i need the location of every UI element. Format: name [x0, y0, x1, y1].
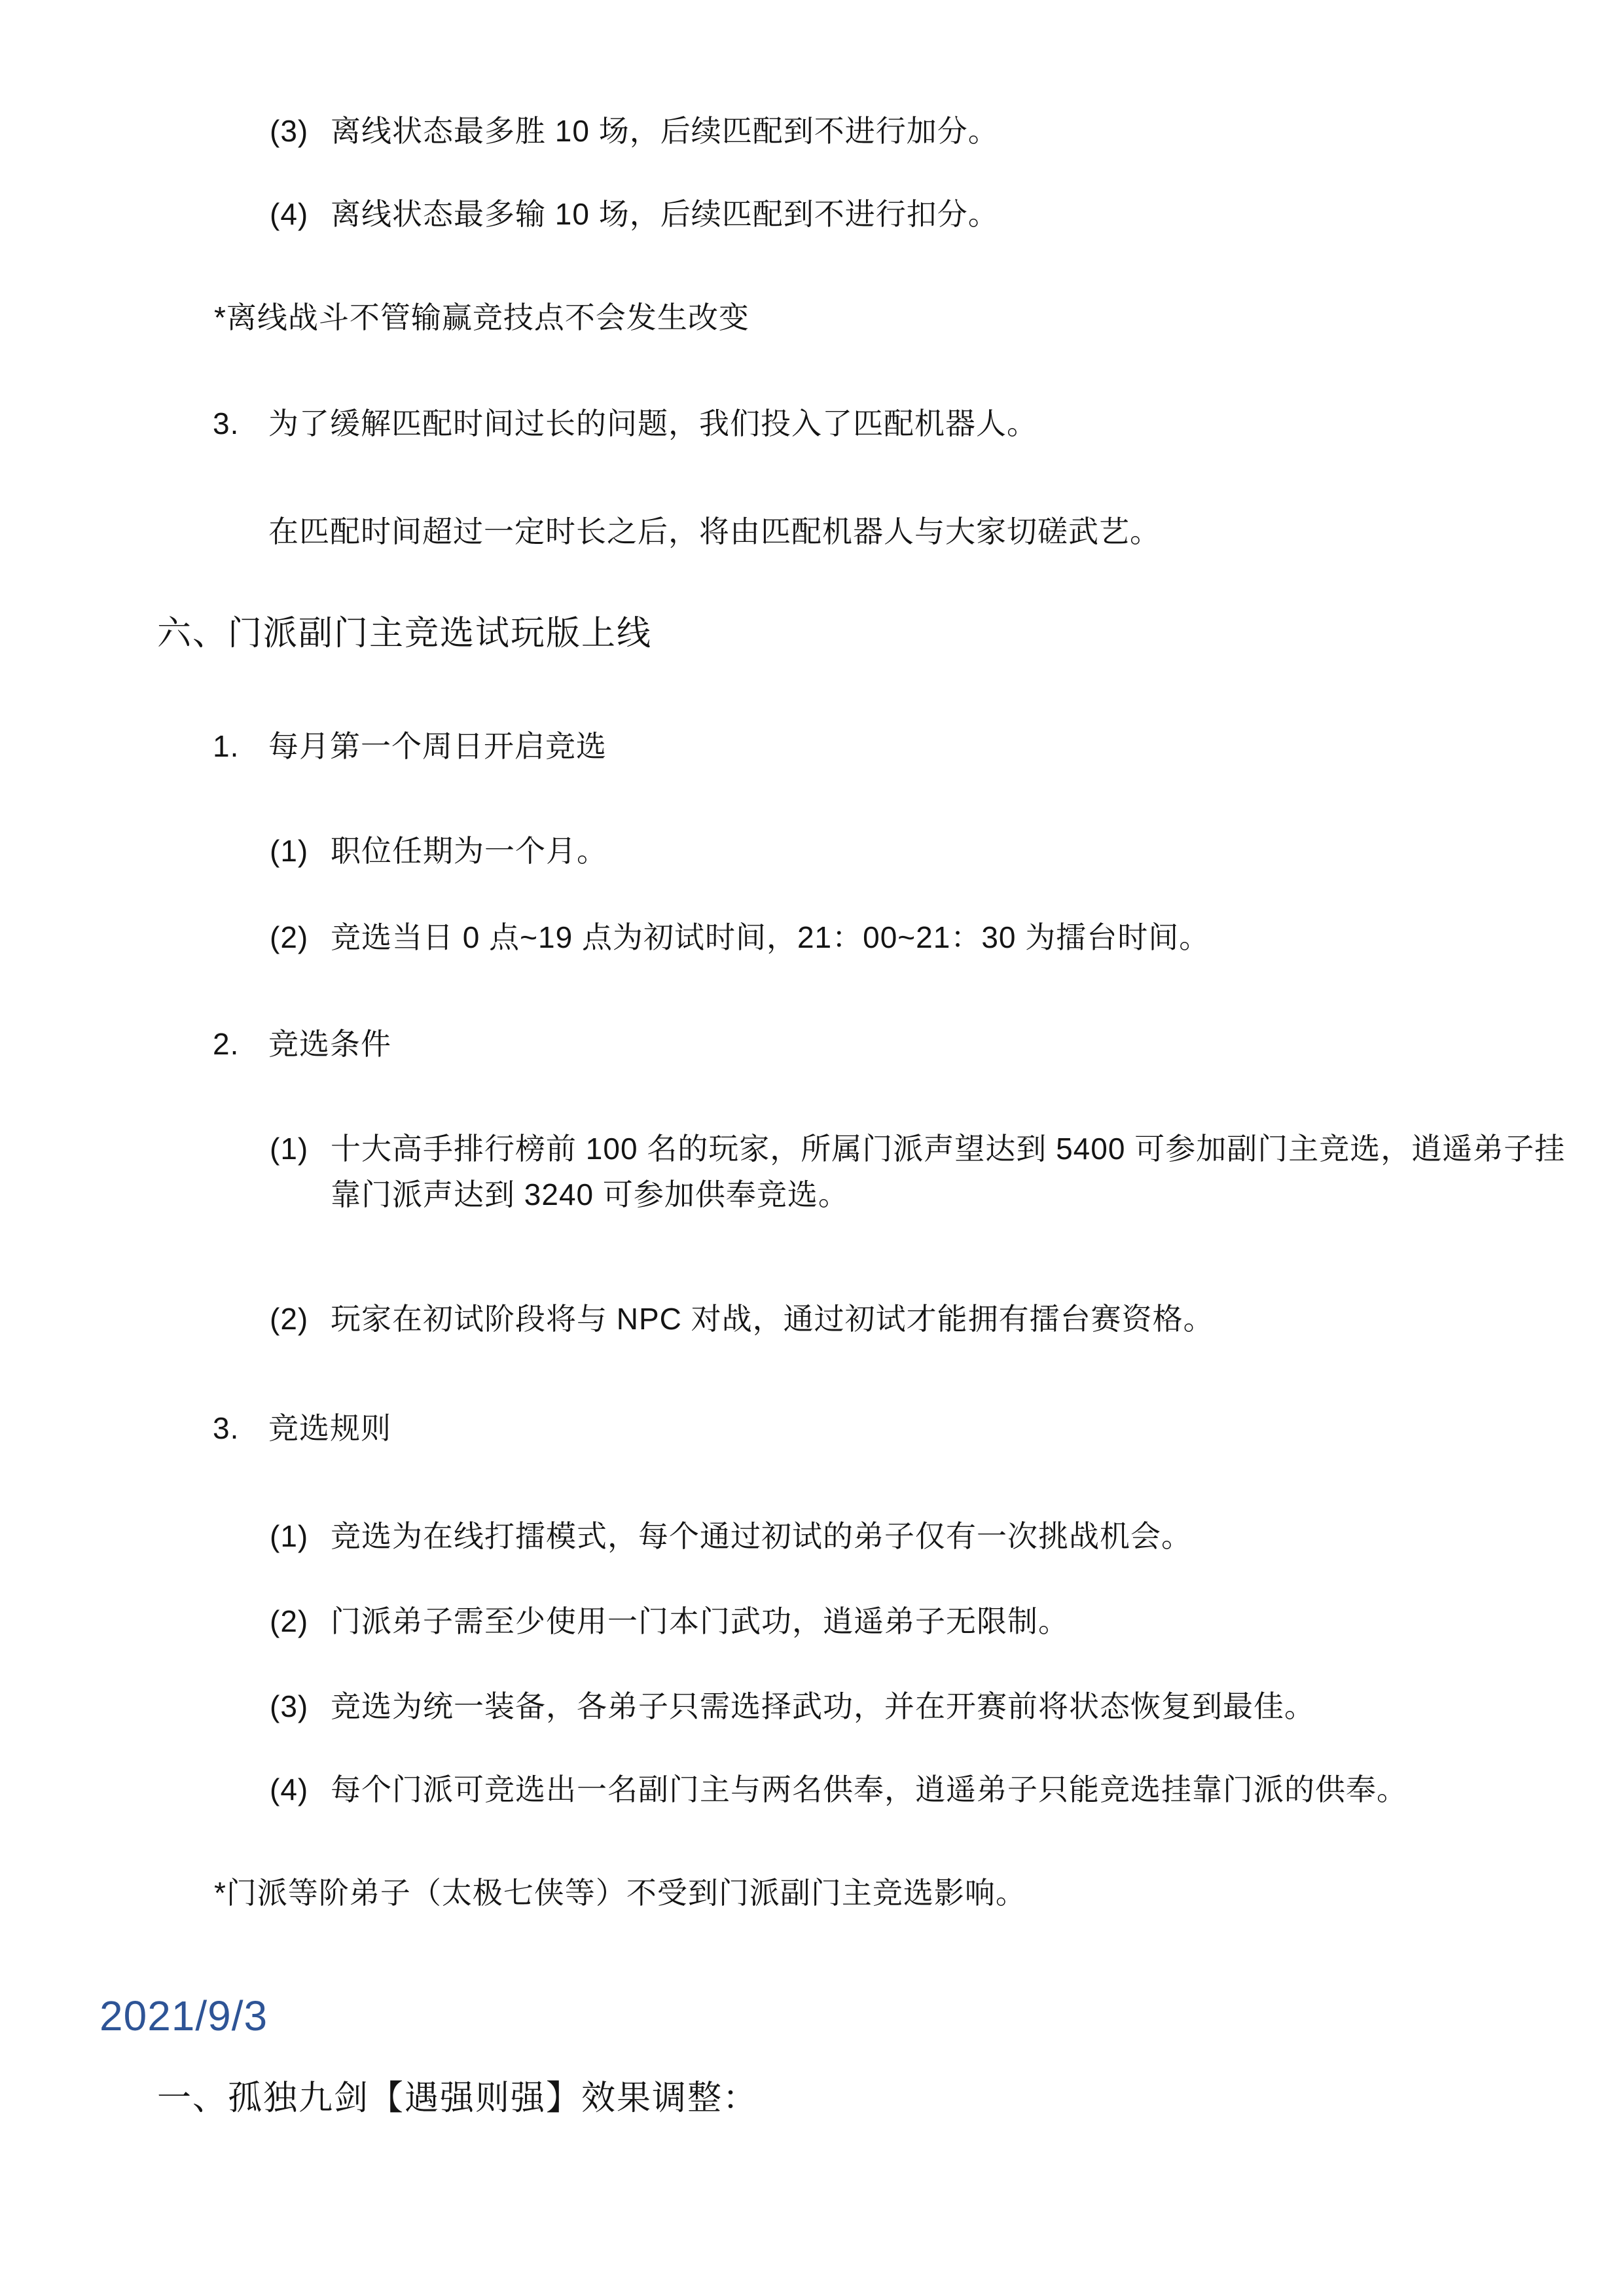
list-marker: (2) — [270, 1598, 308, 1644]
note-text: *离线战斗不管输赢竞技点不会发生改变 — [214, 300, 749, 334]
list-item-paren: (3)竞选为统一装备，各弟子只需选择武功，并在开赛前将状态恢复到最佳。 — [331, 1683, 1315, 1729]
list-item-number: 2.竞选条件 — [268, 1021, 391, 1067]
list-item-text-line2: 靠门派声达到 3240 可参加供奉竞选。 — [331, 1172, 1476, 1217]
list-marker: (1) — [270, 1513, 308, 1559]
list-item-paren: (2)竞选当日 0 点~19 点为初试时间，21：00~21：30 为擂台时间。 — [331, 914, 1210, 960]
list-item-text: 每个门派可竞选出一名副门主与两名供奉，逍遥弟子只能竞选挂靠门派的供奉。 — [331, 1772, 1407, 1806]
list-item-text-line1: 十大高手排行榜前 100 名的玩家，所属门派声望达到 5400 可参加副门主竞选… — [331, 1126, 1476, 1172]
list-item-text: 离线状态最多输 10 场，后续匹配到不进行扣分。 — [331, 197, 999, 231]
date-heading-text: 2021/9/3 — [99, 1992, 268, 2039]
note-line: *门派等阶弟子（太极七侠等）不受到门派副门主竞选影响。 — [214, 1870, 1026, 1916]
list-marker: (3) — [270, 108, 308, 154]
list-item-text: 职位任期为一个月。 — [331, 834, 607, 868]
section-heading: 一、孤独九剑【遇强则强】效果调整： — [157, 2075, 758, 2122]
body-text: 在匹配时间超过一定时长之后，将由匹配机器人与大家切磋武艺。 — [268, 514, 1161, 548]
list-marker: 3. — [213, 1405, 239, 1451]
list-marker: (2) — [270, 1296, 308, 1342]
list-marker: (3) — [270, 1683, 308, 1729]
list-item-text: 竞选当日 0 点~19 点为初试时间，21：00~21：30 为擂台时间。 — [331, 920, 1210, 954]
list-marker: 1. — [213, 723, 239, 769]
list-item-number: 3.竞选规则 — [268, 1405, 391, 1451]
note-line: *离线战斗不管输赢竞技点不会发生改变 — [214, 295, 749, 340]
list-marker: (4) — [270, 191, 308, 237]
list-item-paren: (4)离线状态最多输 10 场，后续匹配到不进行扣分。 — [331, 191, 999, 237]
list-item-number: 1.每月第一个周日开启竞选 — [268, 723, 607, 769]
list-item-text: 门派弟子需至少使用一门本门武功，逍遥弟子无限制。 — [331, 1604, 1069, 1638]
body-paragraph: 在匹配时间超过一定时长之后，将由匹配机器人与大家切磋武艺。 — [268, 509, 1161, 554]
list-item-text: 竞选条件 — [268, 1027, 391, 1061]
list-item-text: 每月第一个周日开启竞选 — [268, 729, 607, 763]
list-item-paren: (1)十大高手排行榜前 100 名的玩家，所属门派声望达到 5400 可参加副门… — [331, 1126, 1476, 1217]
document-page: (3)离线状态最多胜 10 场，后续匹配到不进行加分。 (4)离线状态最多输 1… — [0, 0, 1624, 2296]
list-item-paren: (2)门派弟子需至少使用一门本门武功，逍遥弟子无限制。 — [331, 1598, 1069, 1644]
list-marker: (2) — [270, 914, 308, 960]
list-item-paren: (1)职位任期为一个月。 — [331, 828, 607, 874]
section-heading: 六、门派副门主竞选试玩版上线 — [157, 610, 652, 657]
list-item-text: 为了缓解匹配时间过长的问题，我们投入了匹配机器人。 — [268, 406, 1038, 440]
list-item-paren: (3)离线状态最多胜 10 场，后续匹配到不进行加分。 — [331, 108, 999, 154]
date-heading: 2021/9/3 — [99, 1990, 268, 2042]
section-heading-text: 六、门派副门主竞选试玩版上线 — [157, 615, 652, 653]
list-item-text: 离线状态最多胜 10 场，后续匹配到不进行加分。 — [331, 114, 999, 148]
list-marker: 2. — [213, 1021, 239, 1067]
list-marker: (4) — [270, 1767, 308, 1812]
list-marker: (1) — [270, 1126, 308, 1172]
list-marker: 3. — [213, 401, 239, 446]
list-item-paren: (4)每个门派可竞选出一名副门主与两名供奉，逍遥弟子只能竞选挂靠门派的供奉。 — [331, 1767, 1407, 1812]
list-item-text: 玩家在初试阶段将与 NPC 对战，通过初试才能拥有擂台赛资格。 — [331, 1302, 1214, 1336]
section-heading-text: 一、孤独九剑【遇强则强】效果调整： — [157, 2079, 758, 2117]
list-item-paren: (2)玩家在初试阶段将与 NPC 对战，通过初试才能拥有擂台赛资格。 — [331, 1296, 1214, 1342]
list-item-text: 竞选规则 — [268, 1411, 391, 1445]
note-text: *门派等阶弟子（太极七侠等）不受到门派副门主竞选影响。 — [214, 1876, 1026, 1910]
list-item-number: 3.为了缓解匹配时间过长的问题，我们投入了匹配机器人。 — [268, 401, 1038, 446]
list-item-text: 竞选为在线打擂模式，每个通过初试的弟子仅有一次挑战机会。 — [331, 1519, 1192, 1553]
list-marker: (1) — [270, 828, 308, 874]
list-item-text: 竞选为统一装备，各弟子只需选择武功，并在开赛前将状态恢复到最佳。 — [331, 1689, 1315, 1723]
list-item-paren: (1)竞选为在线打擂模式，每个通过初试的弟子仅有一次挑战机会。 — [331, 1513, 1192, 1559]
